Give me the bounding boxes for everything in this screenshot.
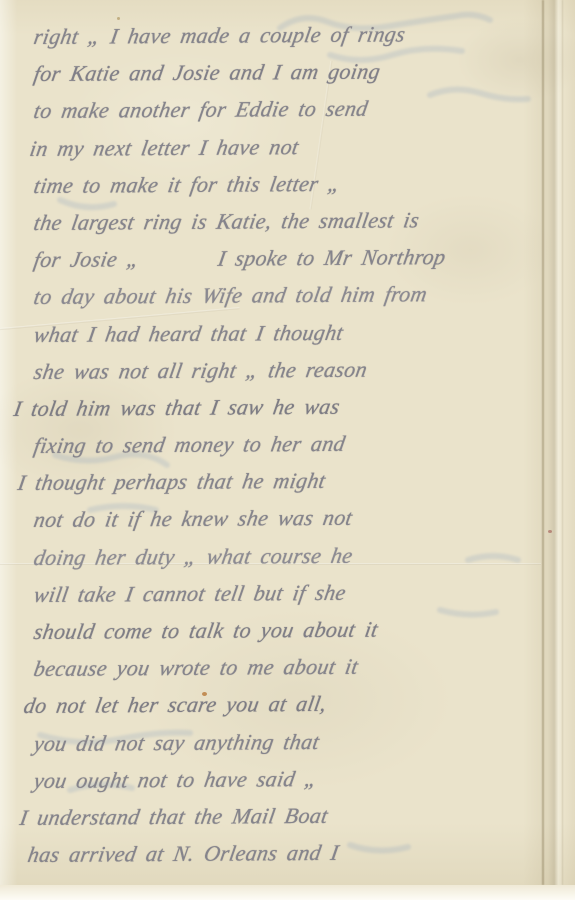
handwritten-line: what I had heard that I thought [30,318,544,359]
handwritten-line: fixing to send money to her and [30,430,544,471]
handwritten-text: right „ I have made a couple of rings fo… [30,24,537,885]
handwritten-line: the largest ring is Katie, the smallest … [30,206,544,247]
handwritten-line: has arrived at N. Orleans and I [24,839,544,880]
handwritten-line: she was not all right „ the reason [30,355,544,396]
handwritten-line: right „ I have made a couple of rings [30,20,544,61]
handwritten-line: because you wrote to me about it [30,653,544,694]
handwritten-line: do not let her scare you at all, [20,690,544,731]
handwritten-line: to make another for Eddie to send [30,95,544,136]
handwritten-line: to day about his Wife and told him from [30,281,544,322]
handwritten-line: in my next letter I have not [26,132,544,173]
handwritten-line: not do it if he knew she was not [30,504,544,545]
handwritten-line: I thought perhaps that he might [14,467,544,508]
handwritten-line: I understand that the Mail Boat [16,801,544,842]
handwritten-line: for Josie „ I spoke to Mr Northrop [30,244,544,285]
handwritten-line: I told him was that I saw he was [10,392,544,433]
paper-speck [117,17,120,20]
scanned-letter: right „ I have made a couple of rings fo… [0,0,575,900]
handwritten-line: doing her duty „ what course he [30,541,544,582]
adjacent-page-edge [562,0,563,885]
page-edge-below [0,885,575,900]
handwritten-line: should come to talk to you about it [30,615,544,656]
handwritten-line: for Katie and Josie and I am going [30,58,544,99]
handwritten-line: you ought not to have said „ [30,764,544,805]
handwritten-line: will take I cannot tell but if she [30,578,544,619]
letter-page: right „ I have made a couple of rings fo… [0,0,575,885]
handwritten-line: time to make it for this letter „ [30,169,544,210]
paper-speck [548,530,552,533]
handwritten-line: you did not say anything that [30,727,544,768]
